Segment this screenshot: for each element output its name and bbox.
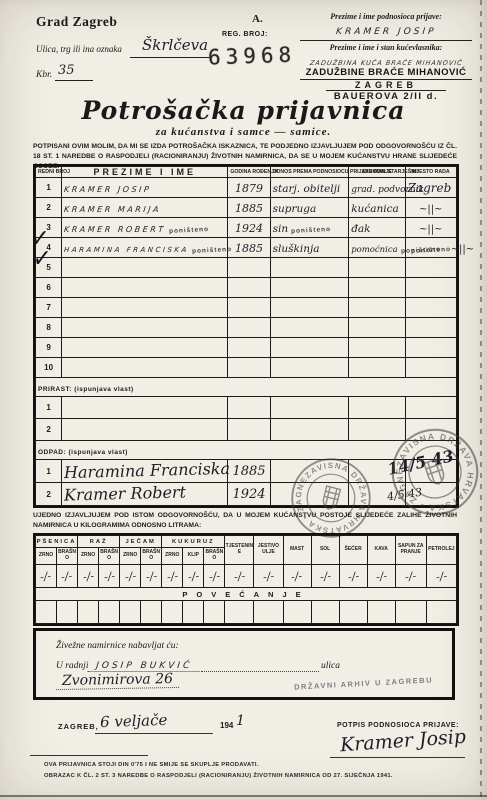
row-number: 1 [36, 397, 62, 419]
prirast-label: PRIRAST: (ispunjava vlast) [38, 386, 134, 393]
group-kukuruz: KUKURUZ [162, 536, 225, 548]
stock-value: -/- [103, 569, 116, 583]
group-jecam: JEČAM [120, 536, 162, 548]
section-letter: A. [252, 13, 263, 25]
member-row: 2 KRAMER MARIJA 1885 supruga kućanica ~|… [36, 198, 457, 218]
stock-value: -/- [61, 569, 74, 583]
member-row-cancelled: 4 HARAMINA FRANCISKAponišteno 1885 slušk… [36, 238, 457, 258]
landlord-label: Prezime i ime i stan kućevlasnika: [300, 43, 472, 52]
landlord-stamp-city: ZAGREB [300, 80, 472, 90]
household-members-block: REDNI BROJ PREZIME I IME GODINA ROĐENJA … [33, 164, 459, 508]
signature-underline [330, 757, 465, 758]
scan-bottom-edge [0, 795, 487, 797]
member-name: KRAMER ROBERT [64, 225, 167, 234]
odpad-name: Haramina Franciska [64, 459, 230, 482]
col-sapun: SAPUN ZA PRANJE [395, 536, 426, 565]
row-number: 2 [36, 198, 62, 218]
stamp-crest [424, 459, 446, 487]
member-name: KRAMER JOSIP [64, 185, 152, 194]
footer-date-handwritten: 6 veljače [100, 711, 168, 731]
member-year: 1885 [235, 242, 263, 255]
city-heading: Grad Zagreb [36, 14, 117, 30]
row-number: 10 [36, 358, 62, 378]
prirast-label-row: PRIRAST: (ispunjava vlast) [36, 378, 457, 397]
shop-line1: Živežne namirnice nabavljat ću: [56, 641, 179, 651]
col-secer: ŠEĆER [339, 536, 367, 565]
footer-year-handwritten: 1 [236, 713, 245, 729]
house-number-label: Kbr. [36, 70, 52, 80]
row-number: 9 [36, 338, 62, 358]
row-number: 2 [36, 483, 62, 506]
reg-broj-stamped-number: 63968 [208, 42, 297, 69]
sub-brasno: BRAŠNO [141, 548, 162, 565]
cancel-stamp: poništeno [410, 245, 450, 254]
member-relation: sluškinja [273, 243, 320, 255]
member-year: 1879 [235, 182, 263, 195]
footer-date-underline [95, 733, 213, 734]
fineprint-line1: OVA PRIJAVNICA STOJI DIN 0'75 I NE SMIJE… [44, 760, 444, 771]
member-row: 1 KRAMER JOSIP 1879 starj. obitelji grad… [36, 178, 457, 198]
member-name: KRAMER MARIJA [64, 205, 162, 214]
odpad-year: 1924 [232, 487, 265, 502]
sub-brasno: BRAŠNO [57, 548, 78, 565]
col-prezime-ime: PREZIME I IME [62, 167, 228, 178]
street-handwritten-value: Škrlčeva [142, 36, 208, 54]
stock-value: -/- [435, 569, 448, 583]
stock-value: -/- [404, 569, 417, 583]
checkmark-row4: ✓ [32, 243, 52, 275]
col-odnos: ODNOS PREMA PODNOSIOCU PRIJAVE ODN. STAR… [270, 167, 349, 178]
stock-value: -/- [291, 569, 304, 583]
house-number-underline [55, 80, 93, 81]
group-psenica: PŠENICA [36, 536, 78, 548]
row-number: 1 [36, 178, 62, 198]
member-row-empty: 5 [36, 258, 457, 278]
applicant-label: Prezime i ime podnosioca prijave: [300, 12, 472, 21]
applicant-handwritten-name: KRAMER JOSIP [335, 27, 436, 37]
sub-klip: KLIP [183, 548, 204, 565]
sub-zrno: ZRNO [36, 548, 57, 565]
row-number: 2 [36, 419, 62, 441]
stock-value: -/- [40, 569, 53, 583]
odpad-name: Kramer Robert [64, 482, 186, 504]
row-number: 6 [36, 278, 62, 298]
odpad-label: ODPAD: (ispunjava vlast) [38, 449, 128, 456]
applicant-block: Prezime i ime podnosioca prijave: KRAMER… [300, 12, 472, 102]
stamp-crest [321, 486, 340, 511]
member-relation: sin [273, 223, 289, 235]
food-stocks-block: PŠENICA RAŽ JEČAM KUKURUZ TJESTENINE JES… [33, 533, 459, 626]
col-jestivo-ulje: JESTIVO ULJE [254, 536, 283, 565]
street-underline [130, 57, 210, 58]
stock-value: -/- [262, 569, 275, 583]
col-mjesto-rada: MJESTO RADA [405, 167, 456, 178]
row-number: 8 [36, 318, 62, 338]
footer-city: ZAGREB, [58, 722, 99, 731]
stock-value: -/- [187, 569, 200, 583]
shop-ulica-label: ulica [321, 661, 340, 671]
member-year: 1924 [235, 222, 263, 235]
fineprint-block: OVA PRIJAVNICA STOJI DIN 0'75 I NE SMIJE… [44, 760, 444, 782]
member-row-empty: 9 [36, 338, 457, 358]
member-workplace: ~||~ [419, 204, 443, 215]
col-sol: SOL [311, 536, 339, 565]
stock-value: -/- [145, 569, 158, 583]
member-year: 1885 [235, 202, 263, 215]
group-raz: RAŽ [78, 536, 120, 548]
member-occupation: pomoćnica [351, 245, 398, 255]
member-workplace: ~||~ [419, 224, 443, 235]
member-row-empty: 6 [36, 278, 457, 298]
scanned-form-page: Grad Zagreb Ulica, trg ili ina oznaka Šk… [0, 0, 487, 800]
applicant-underline [300, 40, 472, 41]
fineprint-rule [30, 755, 148, 756]
member-workplace: ~||~ [451, 244, 475, 255]
member-workplace: Zagreb [408, 181, 452, 195]
cancel-stamp: poništeno [291, 225, 331, 234]
form-title: Potrošačka prijavnica [0, 96, 487, 125]
member-relation: starj. obitelji [273, 183, 341, 195]
sub-zrno: ZRNO [162, 548, 183, 565]
stock-value: -/- [82, 569, 95, 583]
shop-street-handwritten: Zvonimirova 26 [56, 671, 179, 690]
member-row-cancelled: 3 KRAMER ROBERTponišteno 1924 sinponište… [36, 218, 457, 238]
cancel-stamp: poništeno [169, 225, 209, 234]
col-redni-broj: REDNI BROJ [36, 167, 62, 178]
member-name: HARAMINA FRANCISKA [64, 246, 190, 254]
odpad-year: 1885 [232, 464, 265, 479]
member-row-empty: 8 [36, 318, 457, 338]
house-number-value: 35 [58, 63, 75, 78]
stock-value: -/- [233, 569, 246, 583]
stock-value: -/- [166, 569, 179, 583]
povecanje-label: POVEĆANJE [36, 588, 457, 601]
stock-value: -/- [375, 569, 388, 583]
cancel-stamp: poništeno [192, 245, 232, 254]
member-occupation: đak [351, 223, 370, 235]
povecanje-row: POVEĆANJE [36, 588, 457, 601]
footer-year-printed: 194 [220, 721, 233, 730]
row-number: 1 [36, 460, 62, 483]
sub-zrno: ZRNO [120, 548, 141, 565]
member-relation: supruga [273, 203, 317, 215]
stocks-declaration: UJEDNO IZJAVLJUJEM POD ISTOM ODGOVORNOŠĆ… [33, 511, 457, 531]
member-row-empty: 10 [36, 358, 457, 378]
col-godina: GODINA ROĐENJA [228, 167, 270, 178]
shop-radnji-label: U radnji [56, 661, 88, 671]
landlord-handwritten-name: ZADUŽBINA KUĆA BRAĆE MIHANOVIĆ [309, 59, 463, 67]
shop-declaration-box: Živežne namirnice nabavljat ću: U radnji… [33, 628, 455, 700]
col-petrolej: PETROLEJ [426, 536, 456, 565]
sub-brasno: BRAŠNO [99, 548, 120, 565]
stocks-group-header-row: PŠENICA RAŽ JEČAM KUKURUZ TJESTENINE JES… [36, 536, 457, 548]
stocks-table: PŠENICA RAŽ JEČAM KUKURUZ TJESTENINE JES… [35, 535, 457, 624]
members-header-row: REDNI BROJ PREZIME I IME GODINA ROĐENJA … [36, 167, 457, 178]
stock-value: -/- [319, 569, 332, 583]
landlord-stamp-name: ZADUŽBINE BRAĆE MIHANOVIĆ [300, 67, 472, 78]
col-kava: KAVA [367, 536, 395, 565]
stock-value: -/- [208, 569, 221, 583]
row-number: 7 [36, 298, 62, 318]
reg-broj-label: REG. BROJ: [222, 31, 268, 38]
col-mast: MAST [283, 536, 311, 565]
prirast-row-empty: 1 [36, 397, 457, 419]
col-tjestenine: TJESTENINE [225, 536, 254, 565]
shop-name-handwritten: JOSIP BUKVIĆ [88, 661, 201, 672]
sub-brasno: BRAŠNO [204, 548, 225, 565]
sub-zrno: ZRNO [78, 548, 99, 565]
stock-value: -/- [124, 569, 137, 583]
form-subtitle: za kućanstva i samce — samice. [0, 126, 487, 138]
stocks-values-row: -/- -/- -/- -/- -/- -/- -/- -/- -/- -/- … [36, 565, 457, 588]
member-occupation: kućanica [351, 203, 399, 215]
signature-handwritten: Kramer Josip [339, 726, 466, 757]
member-row-empty: 7 [36, 298, 457, 318]
fineprint-line2: OBRAZAC K ČL. 2 ST. 3 NAREDBE O RASPODJE… [44, 771, 444, 782]
stocks-empty-row [36, 601, 457, 624]
stock-value: -/- [347, 569, 360, 583]
